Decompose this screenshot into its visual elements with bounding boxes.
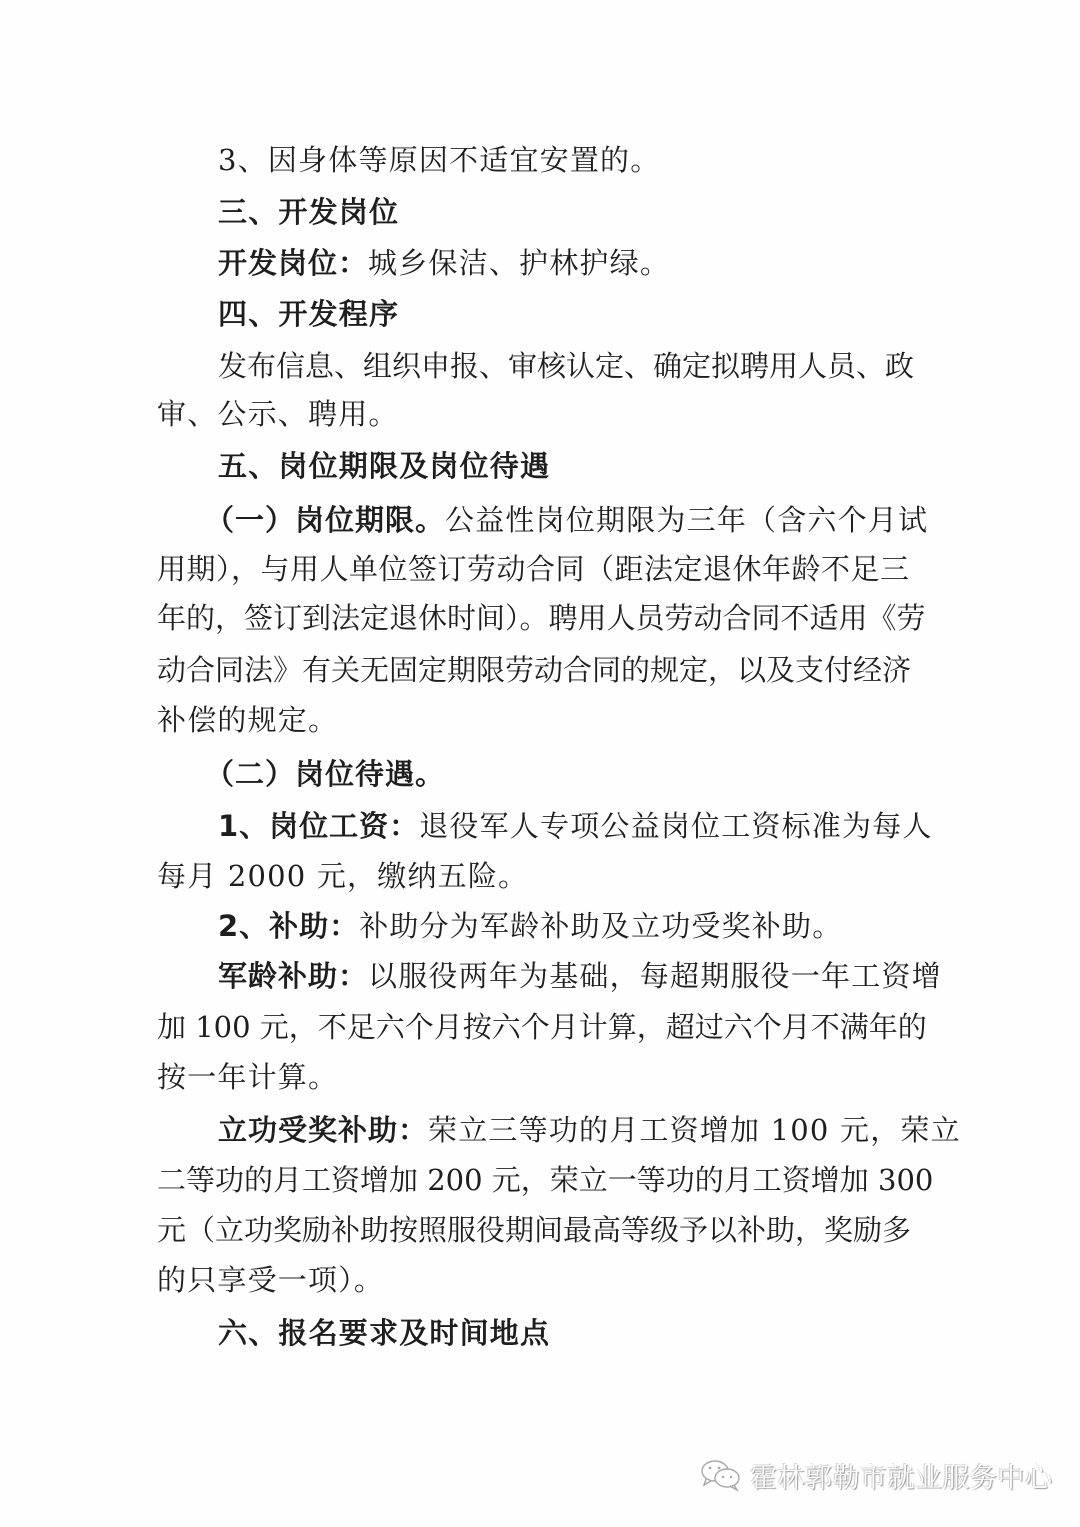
paragraph-term-line1: （一）岗位期限。公益性岗位期限为三年（含六个月试	[205, 500, 965, 540]
paragraph-term-line4: 动合同法》有关无固定期限劳动合同的规定，以及支付经济	[157, 650, 909, 690]
line-text: 退役军人专项公益岗位工资标准为每人	[419, 809, 932, 843]
paragraph-merit-subsidy-line4: 的只享受一项）。	[157, 1260, 917, 1300]
label-text: 军龄补助：	[218, 959, 368, 993]
wechat-icon	[700, 1458, 742, 1492]
paragraph-procedure-line2: 审、公示、聘用。	[157, 394, 917, 434]
line-text: 动合同法》有关无固定期限劳动合同的规定，以及支付经济	[157, 653, 911, 687]
heading-text: 四、开发程序	[218, 297, 399, 331]
paragraph-merit-subsidy-line2: 二等功的月工资增加 200 元，荣立一等功的月工资增加 300	[157, 1160, 909, 1200]
paragraph-merit-subsidy-line1: 立功受奖补助：荣立三等功的月工资增加 100 元，荣立	[218, 1110, 978, 1150]
list-item-3: 3、因身体等原因不适宜安置的。	[218, 140, 978, 180]
paragraph-term-line3: 年的，签订到法定退休时间）。聘用人员劳动合同不适用《劳	[157, 598, 909, 638]
line-text: 元（立功奖励补助按照服役期间最高等级予以补助，奖励多	[157, 1213, 911, 1247]
paragraph-service-subsidy-line2: 加 100 元，不足六个月按六个月计算，超过六个月不满年的	[157, 1007, 909, 1047]
document-page: 3、因身体等原因不适宜安置的。 三、开发岗位 开发岗位：城乡保洁、护林护绿。 四…	[0, 0, 1080, 1527]
line-text: 的只享受一项）。	[157, 1263, 384, 1297]
line-text: 年的，签订到法定退休时间）。聘用人员劳动合同不适用《劳	[157, 601, 926, 635]
line-text: 加 100 元，不足六个月按六个月计算，超过六个月不满年的	[157, 1010, 927, 1044]
line-text: 每月 2000 元，缴纳五险。	[157, 859, 528, 893]
section-heading-6: 六、报名要求及时间地点	[218, 1313, 978, 1353]
label-text: （一）岗位期限。	[205, 503, 445, 537]
paragraph-salary-line2: 每月 2000 元，缴纳五险。	[157, 856, 917, 896]
line-text: 城乡保洁、护林护绿。	[368, 246, 670, 280]
line-text: 审、公示、聘用。	[157, 397, 399, 431]
section-heading-4: 四、开发程序	[218, 294, 978, 334]
label-text: 立功受奖补助：	[218, 1113, 428, 1147]
line-text: 补偿的规定。	[157, 703, 338, 737]
label-text: 1、岗位工资：	[218, 809, 419, 843]
line-text: 按一年计算。	[157, 1060, 338, 1094]
line-text: 发布信息、组织申报、审核认定、确定拟聘用人员、政	[218, 349, 914, 383]
watermark: 霍林郭勒市就业服务中心	[700, 1455, 1053, 1495]
paragraph-term-line2: 用期），与用人单位签订劳动合同（距法定退休年龄不足三	[157, 549, 909, 589]
line-text: 以服役两年为基础，每超期服役一年工资增	[368, 959, 942, 993]
line-text: 补助分为军龄补助及立功受奖补助。	[359, 909, 842, 943]
line-text: 公益性岗位期限为三年（含六个月试	[445, 503, 928, 537]
watermark-text: 霍林郭勒市就业服务中心	[750, 1456, 1053, 1495]
paragraph-service-subsidy-line1: 军龄补助：以服役两年为基础，每超期服役一年工资增	[218, 956, 978, 996]
label-text: 2、补助：	[218, 909, 359, 943]
paragraph-merit-subsidy-line3: 元（立功奖励补助按照服役期间最高等级予以补助，奖励多	[157, 1210, 909, 1250]
section-heading-5: 五、岗位期限及岗位待遇	[218, 446, 978, 486]
line-text: 二等功的月工资增加 200 元，荣立一等功的月工资增加 300	[157, 1163, 933, 1197]
heading-text: （二）岗位待遇。	[205, 757, 445, 791]
heading-text: 六、报名要求及时间地点	[218, 1316, 550, 1350]
subsection-heading-treatment: （二）岗位待遇。	[205, 754, 965, 794]
section-heading-3: 三、开发岗位	[218, 192, 978, 232]
paragraph-term-line5: 补偿的规定。	[157, 700, 917, 740]
heading-text: 五、岗位期限及岗位待遇	[218, 449, 550, 483]
label-text: 开发岗位：	[218, 246, 368, 280]
paragraph-positions: 开发岗位：城乡保洁、护林护绿。	[218, 243, 978, 283]
line-text: 3、因身体等原因不适宜安置的。	[218, 143, 660, 177]
line-text: 用期），与用人单位签订劳动合同（距法定退休年龄不足三	[157, 552, 909, 586]
paragraph-subsidy: 2、补助：补助分为军龄补助及立功受奖补助。	[218, 906, 978, 946]
line-text: 荣立三等功的月工资增加 100 元，荣立	[428, 1113, 961, 1147]
heading-text: 三、开发岗位	[218, 195, 399, 229]
paragraph-salary-line1: 1、岗位工资：退役军人专项公益岗位工资标准为每人	[218, 806, 978, 846]
paragraph-service-subsidy-line3: 按一年计算。	[157, 1057, 917, 1097]
paragraph-procedure-line1: 发布信息、组织申报、审核认定、确定拟聘用人员、政	[218, 346, 908, 386]
